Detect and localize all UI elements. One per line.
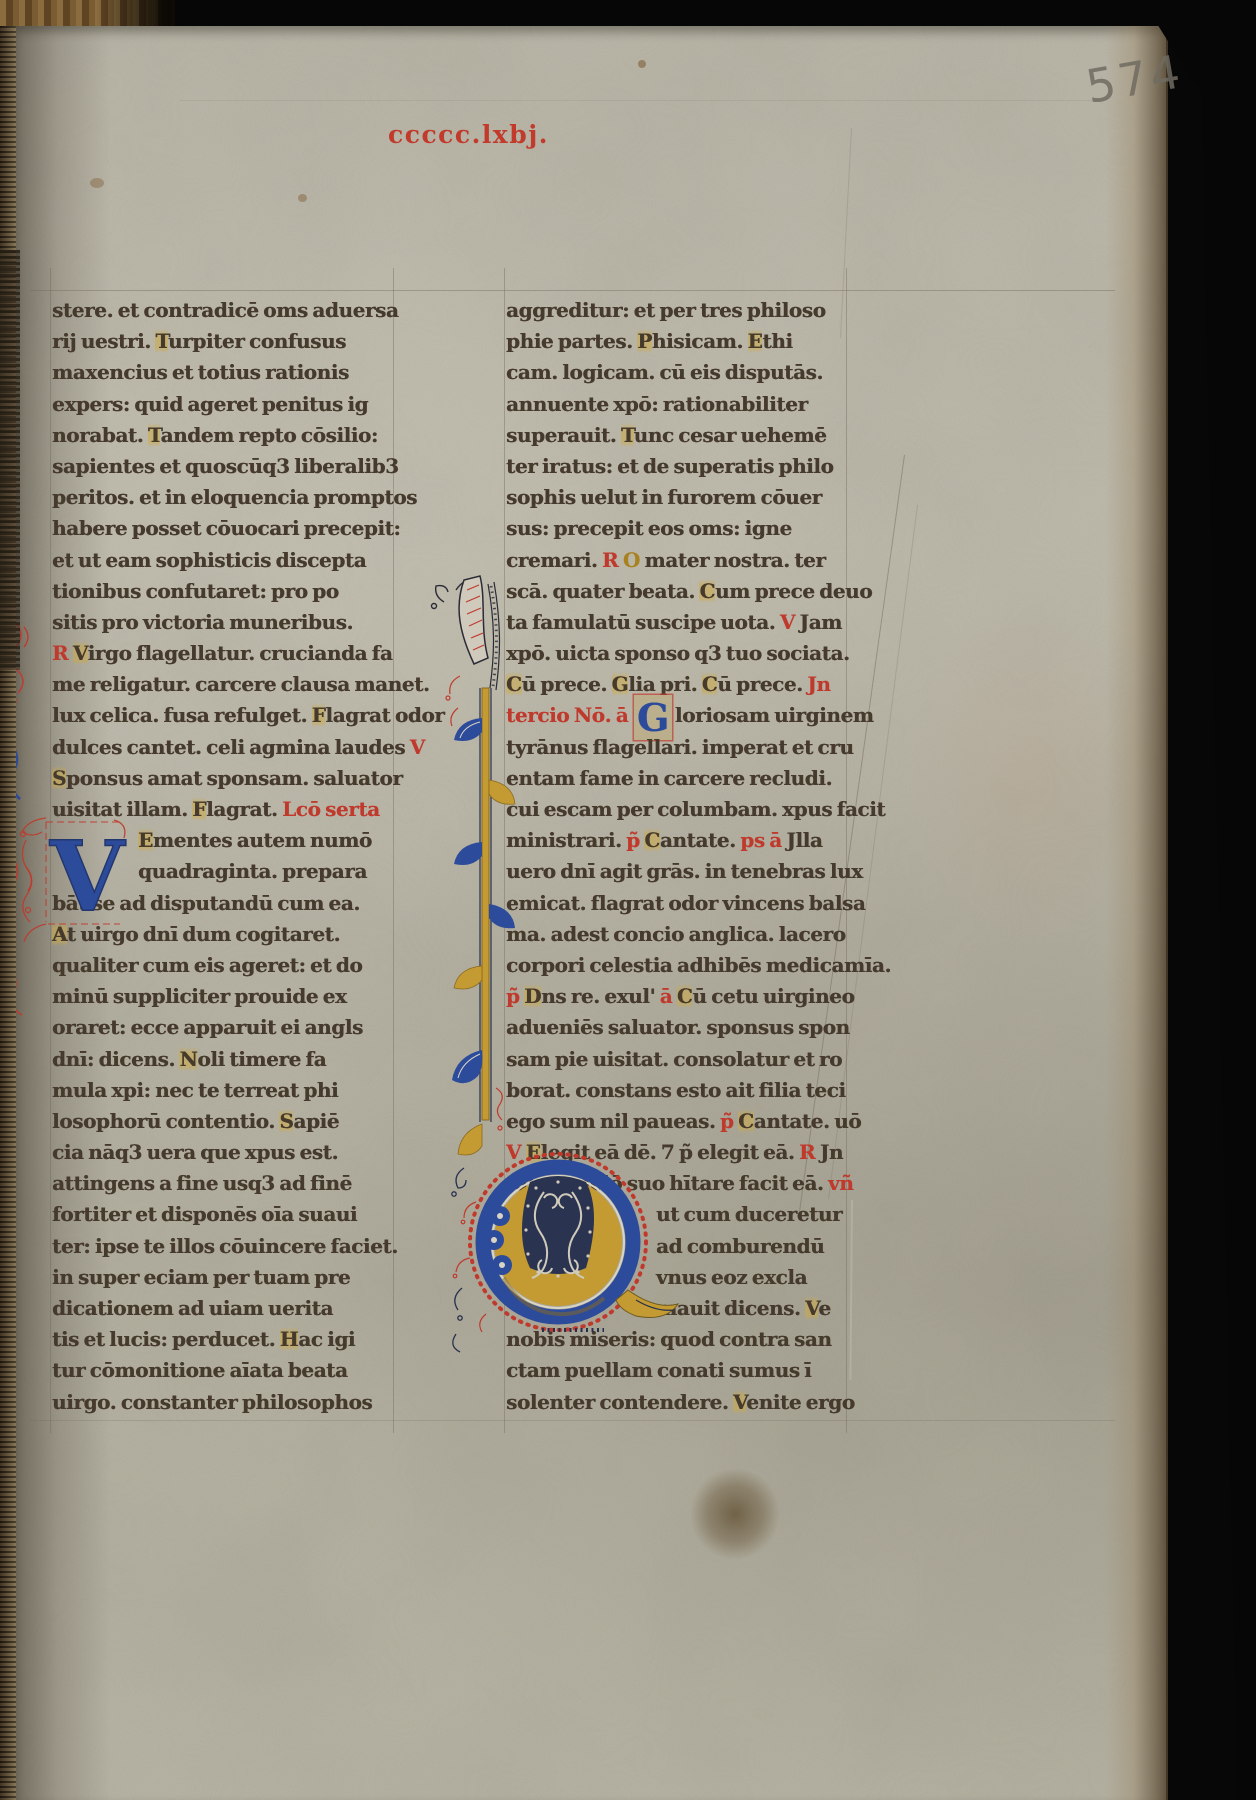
- text-segment: um prece deuo: [715, 579, 872, 603]
- text-segment: V: [805, 1296, 818, 1320]
- text-segment: vnus eoz excla: [656, 1265, 807, 1289]
- book-edge-top-left: [0, 0, 175, 26]
- text-segment: ego sum nil paueas.: [506, 1109, 720, 1133]
- text-segment: tyrānus flagellari. imperat et cru: [506, 735, 854, 759]
- text-segment: urpiter confusus: [168, 329, 346, 353]
- text-line: lux celica. fusa refulget. Flagrat odor: [52, 700, 397, 731]
- text-line: ter iratus: et de superatis philo: [506, 451, 851, 482]
- page-heading-rubric: ccccc.lxbj.: [388, 120, 549, 149]
- text-segment: G: [612, 672, 629, 696]
- text-line: ma. adest concio anglica. lacero: [506, 919, 851, 950]
- ruling-line: [30, 1420, 1115, 1421]
- rubric-segment: R: [52, 641, 68, 665]
- text-segment: fortiter et disponēs oīa suaui: [52, 1202, 357, 1226]
- text-segment: ū prece.: [717, 672, 807, 696]
- right-page-edge: [1106, 26, 1168, 1800]
- text-segment: cia nāq3 uera que xpus est.: [52, 1140, 338, 1164]
- text-segment: aggreditur: et per tres philoso: [506, 298, 826, 322]
- text-segment: habere posset cōuocari precepit:: [52, 516, 400, 540]
- text-line: Sponsus amat sponsam. saluator: [52, 763, 397, 794]
- text-segment: sam pie uisitat. consolatur et ro: [506, 1047, 842, 1071]
- text-line: ad comburendū: [506, 1231, 851, 1262]
- text-segment: solenter contendere.: [506, 1390, 733, 1414]
- text-line: ctam puellam conati sumus ī: [506, 1355, 851, 1386]
- text-line: superauit. Tunc cesar uehemē: [506, 420, 851, 451]
- text-line: dnī: dicens. Noli timere fa: [52, 1044, 397, 1075]
- text-segment: F: [192, 797, 206, 821]
- text-segment: dnī: dicens.: [52, 1047, 179, 1071]
- text-line: tionibus confutaret: pro po: [52, 576, 397, 607]
- text-segment: adueniēs saluator. sponsus spon: [506, 1015, 850, 1039]
- text-segment: P: [637, 329, 652, 353]
- text-segment: emicat. flagrat odor vincens balsa: [506, 891, 865, 915]
- text-line: attingens a fine usq3 ad finē: [52, 1168, 397, 1199]
- text-segment: oraret: ecce apparuit ei angls: [52, 1015, 363, 1039]
- text-line: vnus eoz excla: [506, 1262, 851, 1293]
- text-segment: antate. uō: [754, 1109, 861, 1133]
- text-segment: ta famulatū suscipe uota.: [506, 610, 780, 634]
- text-line: nobis miseris: quod contra san: [506, 1324, 851, 1355]
- rubric-segment: R: [602, 548, 618, 572]
- text-line: sam pie uisitat. consolatur et ro: [506, 1044, 851, 1075]
- text-column-right: aggreditur: et per tres philosophie part…: [506, 295, 851, 1418]
- text-segment: E: [526, 1140, 541, 1164]
- text-segment: me religatur. carcere clausa manet.: [52, 672, 430, 696]
- text-line: sapientes et quoscūq3 liberalib3: [52, 451, 397, 482]
- text-segment: dicationem ad uiam uerita: [52, 1296, 333, 1320]
- text-segment: rij uestri.: [52, 329, 155, 353]
- text-segment: ns re. exul': [541, 984, 660, 1008]
- text-segment: et ut eam sophisticis discepta: [52, 548, 366, 572]
- rubric-segment: p̃: [626, 828, 640, 852]
- text-segment: nobis miseris: quod contra san: [506, 1327, 832, 1351]
- text-segment: norabat.: [52, 423, 148, 447]
- text-segment: tionibus confutaret: pro po: [52, 579, 339, 603]
- text-segment: C: [506, 672, 522, 696]
- text-line: tercio Nō. ā Gloriosam uirginem: [506, 700, 851, 731]
- text-line: peritos. et in eloquencia promptos: [52, 482, 397, 513]
- text-segment: V: [733, 1390, 746, 1414]
- text-line: V Elegit eā dē. 7 p̃ elegit eā. R Jn: [506, 1137, 851, 1168]
- text-segment: lia pri.: [628, 672, 702, 696]
- text-segment: cremari.: [506, 548, 602, 572]
- text-segment: losophorū contentio.: [52, 1109, 279, 1133]
- text-segment: entam fame in carcere recludi.: [506, 766, 832, 790]
- ruling-line: [504, 268, 505, 1433]
- text-segment: ū cetu uirgineo: [692, 984, 854, 1008]
- text-segment: ut cum duceretur: [656, 1202, 842, 1226]
- text-segment: T: [148, 423, 161, 447]
- ruling-line: [180, 100, 1100, 101]
- text-segment: C: [702, 672, 718, 696]
- text-segment: H: [280, 1327, 299, 1351]
- text-segment: D: [524, 984, 541, 1008]
- text-segment: uero dnī agit grās. in tenebras lux: [506, 859, 863, 883]
- text-segment: mentes autem numō: [153, 828, 372, 852]
- text-segment: ctam puellam conati sumus ī: [506, 1358, 811, 1382]
- text-segment: mula xpi: nec te terreat phi: [52, 1078, 338, 1102]
- text-line: mula xpi: nec te terreat phi: [52, 1075, 397, 1106]
- text-line: uisitat illam. Flagrat. Lcō serta: [52, 794, 397, 825]
- text-segment: thi: [762, 329, 792, 353]
- text-line: At uirgo dnī dum cogitaret.: [52, 919, 397, 950]
- text-line: tyrānus flagellari. imperat et cru: [506, 732, 851, 763]
- text-segment: irgo flagellatur. crucianda fa: [88, 641, 393, 665]
- text-segment: T: [155, 329, 168, 353]
- text-line: stere. et contradicē oms aduersa: [52, 295, 397, 326]
- text-segment: V: [73, 641, 88, 665]
- text-line: annuente xpō: rationabiliter: [506, 389, 851, 420]
- text-line: sophis uelut in furorem cōuer: [506, 482, 851, 513]
- text-line: rij uestri. Turpiter confusus: [52, 326, 397, 357]
- ruling-line: [50, 268, 51, 1433]
- rubric-segment: V: [780, 610, 795, 634]
- text-segment: legit eā dē. 7 p̃ elegit eā.: [541, 1140, 799, 1164]
- rubric-segment: R: [799, 1140, 815, 1164]
- text-segment: tabernaclō suo hītare facit eā.: [506, 1171, 828, 1195]
- text-line: Ementes autem numō: [52, 825, 397, 856]
- text-segment: sapientes et quoscūq3 liberalib3: [52, 454, 399, 478]
- text-line: me religatur. carcere clausa manet.: [52, 669, 397, 700]
- text-line: qualiter cum eis ageret: et do: [52, 950, 397, 981]
- rubric-segment: vñ: [828, 1171, 853, 1195]
- text-line: sus: precepit eos oms: igne: [506, 513, 851, 544]
- text-line: cremari. R O mater nostra. ter: [506, 545, 851, 576]
- text-line: scā. quater beata. Cum prece deuo: [506, 576, 851, 607]
- text-segment: O: [623, 548, 640, 572]
- text-segment: T: [621, 423, 634, 447]
- text-line: emicat. flagrat odor vincens balsa: [506, 888, 851, 919]
- text-segment: phie partes.: [506, 329, 637, 353]
- text-segment: Jn: [815, 1140, 843, 1164]
- rubric-segment: ps ā: [740, 828, 782, 852]
- text-segment: bāt se ad disputandū cum ea.: [52, 891, 360, 915]
- text-line: xpō. uicta sponso q3 tuo sociata.: [506, 638, 851, 669]
- text-line: cam. logicam. cū eis disputās.: [506, 357, 851, 388]
- text-line: sitis pro victoria muneribus.: [52, 607, 397, 638]
- text-segment: e: [818, 1296, 830, 1320]
- text-segment: ū prece.: [522, 672, 612, 696]
- text-segment: tur cōmonitione aīata beata: [52, 1358, 348, 1382]
- text-line: p̃ Dns re. exul' ā Cū cetu uirgineo: [506, 981, 851, 1012]
- text-segment: andem repto cōsilio:: [160, 423, 377, 447]
- text-line: minū suppliciter prouide ex: [52, 981, 397, 1012]
- text-segment: tis et lucis: perducet.: [52, 1327, 280, 1351]
- text-segment: lagrat.: [206, 797, 282, 821]
- text-segment: S: [279, 1109, 293, 1133]
- text-segment: stere. et contradicē oms aduersa: [52, 298, 398, 322]
- text-line: ministrari. p̃ Cantate. ps ā Jlla: [506, 825, 851, 856]
- text-line: aggreditur: et per tres philoso: [506, 295, 851, 326]
- rubric-segment: V: [506, 1140, 521, 1164]
- text-segment: uirgo. constanter philosophos: [52, 1390, 372, 1414]
- text-line: R Virgo flagellatur. crucianda fa: [52, 638, 397, 669]
- text-line: oraret: ecce apparuit ei angls: [52, 1012, 397, 1043]
- text-line: tabernaclō suo hītare facit eā. vñ: [506, 1168, 851, 1199]
- text-segment: ministrari.: [506, 828, 626, 852]
- text-line: dulces cantet. celi agmina laudes V: [52, 732, 397, 763]
- text-segment: qualiter cum eis ageret: et do: [52, 953, 362, 977]
- text-line: losophorū contentio. Sapiē: [52, 1106, 397, 1137]
- text-line: cia nāq3 uera que xpus est.: [52, 1137, 397, 1168]
- text-line: solenter contendere. Venite ergo: [506, 1387, 851, 1418]
- text-line: ut cum duceretur: [506, 1199, 851, 1230]
- text-segment: ad comburendū: [656, 1234, 824, 1258]
- text-segment: ac igi: [298, 1327, 355, 1351]
- text-segment: annuente xpō: rationabiliter: [506, 392, 808, 416]
- text-line: fortiter et disponēs oīa suaui: [52, 1199, 397, 1230]
- text-line: uero dnī agit grās. in tenebras lux: [506, 856, 851, 887]
- text-line: uirgo. constanter philosophos: [52, 1387, 397, 1418]
- text-segment: C: [677, 984, 693, 1008]
- text-segment: C: [644, 828, 660, 852]
- text-segment: C: [738, 1109, 754, 1133]
- text-segment: unc cesar uehemē: [634, 423, 827, 447]
- text-segment: sophis uelut in furorem cōuer: [506, 485, 822, 509]
- text-segment: ma. adest concio anglica. lacero: [506, 922, 846, 946]
- rubric-segment: p̃: [720, 1109, 734, 1133]
- text-line: ta famulatū suscipe uota. V Jam: [506, 607, 851, 638]
- text-segment: attingens a fine usq3 ad finē: [52, 1171, 352, 1195]
- text-line: dicationem ad uiam uerita: [52, 1293, 397, 1324]
- text-segment: cui escam per columbam. xpus facit: [506, 797, 885, 821]
- rubric-segment: V: [410, 735, 425, 759]
- text-segment: quadraginta. prepara: [138, 859, 367, 883]
- text-line: tur cōmonitione aīata beata: [52, 1355, 397, 1386]
- text-segment: lux celica. fusa refulget.: [52, 703, 312, 727]
- text-segment: F: [312, 703, 326, 727]
- text-segment: cam. logicam. cū eis disputās.: [506, 360, 823, 384]
- text-segment: borat. constans esto ait filia teci: [506, 1078, 846, 1102]
- text-line: ego sum nil paueas. p̃ Cantate. uō: [506, 1106, 851, 1137]
- text-line: tis et lucis: perducet. Hac igi: [52, 1324, 397, 1355]
- text-segment: corpori celestia adhibēs medicamīa.: [506, 953, 891, 977]
- text-segment: ter: ipse te illos cōuincere faciet.: [52, 1234, 398, 1258]
- text-segment: ponsus amat sponsam. saluator: [66, 766, 402, 790]
- text-line: adueniēs saluator. sponsus spon: [506, 1012, 851, 1043]
- text-line: ter: ipse te illos cōuincere faciet.: [52, 1231, 397, 1262]
- text-segment: t uirgo dnī dum cogitaret.: [67, 922, 340, 946]
- text-segment: A: [52, 922, 67, 946]
- rubric-segment: p̃: [506, 984, 520, 1008]
- text-segment: in super eciam per tuam pre: [52, 1265, 350, 1289]
- rubric-segment: tercio Nō. ā: [506, 703, 633, 727]
- text-segment: antate.: [660, 828, 740, 852]
- text-segment: xpō. uicta sponso q3 tuo sociata.: [506, 641, 850, 665]
- text-segment: Jam: [795, 610, 842, 634]
- text-segment: superauit.: [506, 423, 621, 447]
- text-segment: dulces cantet. celi agmina laudes: [52, 735, 410, 759]
- ruling-line: [30, 290, 1115, 291]
- text-segment: sitis pro victoria muneribus.: [52, 610, 353, 634]
- text-segment: minū suppliciter prouide ex: [52, 984, 347, 1008]
- text-line: et ut eam sophisticis discepta: [52, 545, 397, 576]
- text-column-left: stere. et contradicē oms aduersarij uest…: [52, 295, 397, 1418]
- text-segment: mater nostra. ter: [640, 548, 826, 572]
- underlying-page-text-edges: [0, 250, 20, 670]
- text-segment: E: [138, 828, 153, 852]
- text-segment: oli timere fa: [197, 1047, 326, 1071]
- text-segment: ter iratus: et de superatis philo: [506, 454, 833, 478]
- text-segment: C: [699, 579, 715, 603]
- text-line: cui escam per columbam. xpus facit: [506, 794, 851, 825]
- text-line: norabat. Tandem repto cōsilio:: [52, 420, 397, 451]
- text-segment: hisicam.: [652, 329, 748, 353]
- text-segment: Jlla: [782, 828, 823, 852]
- text-segment: loriosam uirginem: [675, 703, 874, 727]
- text-line: borat. constans esto ait filia teci: [506, 1075, 851, 1106]
- text-segment: apiē: [293, 1109, 339, 1133]
- rubric-segment: Lcō serta: [282, 797, 380, 821]
- text-line: in super eciam per tuam pre: [52, 1262, 397, 1293]
- text-segment: sus: precepit eos oms: igne: [506, 516, 792, 540]
- text-segment: expers: quid ageret penitus ig: [52, 392, 368, 416]
- text-segment: S: [52, 766, 66, 790]
- text-line: Cū prece. Glia pri. Cū prece. Jn: [506, 669, 851, 700]
- text-segment: lagrat odor: [325, 703, 444, 727]
- text-line: phie partes. Phisicam. Ethi: [506, 326, 851, 357]
- text-line: expers: quid ageret penitus ig: [52, 389, 397, 420]
- rubric-segment: ā: [660, 984, 673, 1008]
- photo-black-border-top: [0, 0, 1256, 26]
- text-line: habere posset cōuocari precepit:: [52, 513, 397, 544]
- text-segment: mauit dicens.: [656, 1296, 805, 1320]
- text-segment: N: [179, 1047, 197, 1071]
- rubric-segment: Jn: [807, 672, 830, 696]
- text-line: quadraginta. prepara: [52, 856, 397, 887]
- text-segment: enite ergo: [746, 1390, 854, 1414]
- text-line: entam fame in carcere recludi.: [506, 763, 851, 794]
- text-segment: uisitat illam.: [52, 797, 192, 821]
- text-segment: E: [748, 329, 763, 353]
- text-segment: maxencius et totius rationis: [52, 360, 349, 384]
- text-line: bāt se ad disputandū cum ea.: [52, 888, 397, 919]
- text-line: maxencius et totius rationis: [52, 357, 397, 388]
- text-line: corpori celestia adhibēs medicamīa.: [506, 950, 851, 981]
- manuscript-photo: ccccc.lxbj. 574 stere. et contradicē oms…: [0, 0, 1256, 1800]
- text-segment: scā. quater beata.: [506, 579, 699, 603]
- text-segment: peritos. et in eloquencia promptos: [52, 485, 417, 509]
- text-line: mauit dicens. Ve: [506, 1293, 851, 1324]
